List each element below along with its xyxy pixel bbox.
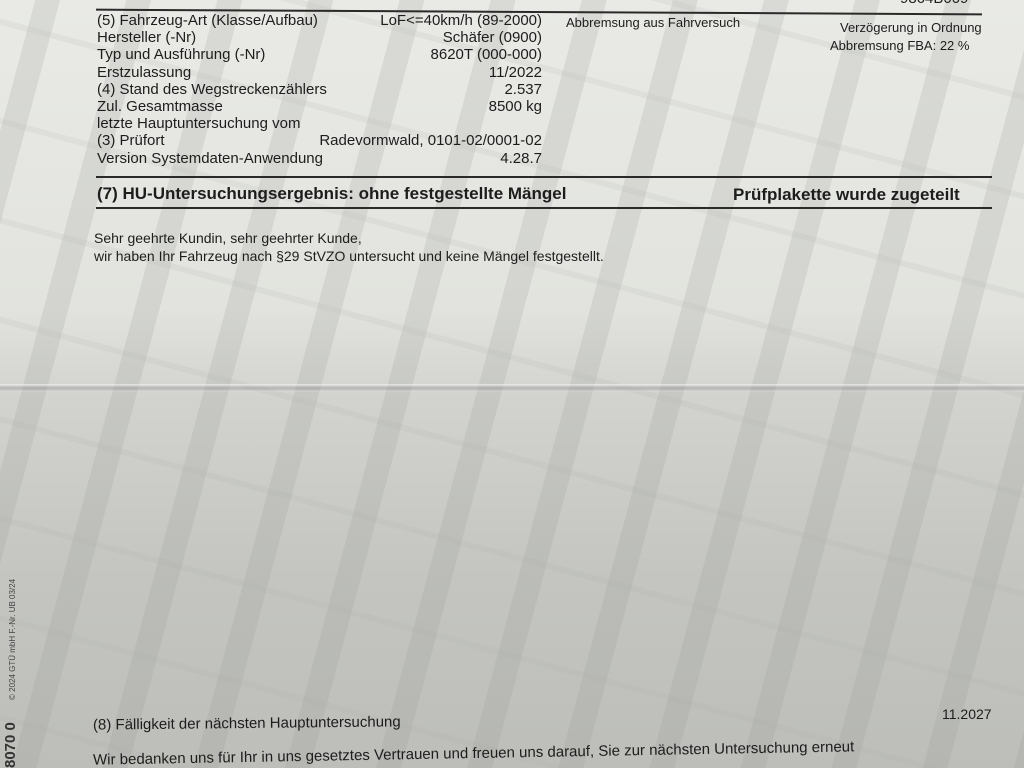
vehicle-field-value: Radevormwald, 0101-02/0001-02 <box>319 132 542 149</box>
result-top-rule <box>96 176 992 178</box>
result-title: (7) HU-Untersuchungsergebnis: ohne festg… <box>97 184 566 204</box>
brake-test-fba: Abbremsung FBA: 22 % <box>830 38 969 53</box>
brake-test-status: Verzögerung in Ordnung <box>840 20 982 35</box>
vehicle-field-row: Version Systemdaten-Anwendung4.28.7 <box>97 150 542 167</box>
vehicle-field-row: (5) Fahrzeug-Art (Klasse/Aufbau)LoF<=40k… <box>97 12 542 29</box>
vehicle-field-value: 11/2022 <box>489 64 542 81</box>
top-right-code: 9864B009 <box>900 0 968 7</box>
letter-salutation: Sehr geehrte Kundin, sehr geehrter Kunde… <box>94 229 362 247</box>
closing-line: Wir bedanken uns für Ihr in uns gesetzte… <box>93 738 854 768</box>
vehicle-field-value: Schäfer (0900) <box>443 29 542 46</box>
vehicle-field-label: (3) Prüfort <box>97 132 165 149</box>
paper-fold <box>0 384 1024 392</box>
vehicle-field-row: (3) PrüfortRadevormwald, 0101-02/0001-02 <box>97 132 542 149</box>
vehicle-field-value: 8500 kg <box>489 98 542 115</box>
brake-test-label: Abbremsung aus Fahrversuch <box>566 15 740 30</box>
vehicle-field-label: (5) Fahrzeug-Art (Klasse/Aufbau) <box>97 12 318 29</box>
vehicle-field-row: (4) Stand des Wegstreckenzählers2.537 <box>97 81 542 98</box>
next-inspection-date: 11.2027 <box>942 706 992 722</box>
vehicle-field-row: Erstzulassung11/2022 <box>97 64 542 81</box>
vehicle-field-row: Zul. Gesamtmasse8500 kg <box>97 98 542 115</box>
vehicle-field-row: Typ und Ausführung (-Nr)8620T (000-000) <box>97 46 542 63</box>
vehicle-field-value: 2.537 <box>504 81 542 98</box>
side-copyright: © 2024 GTÜ mbH F.-Nr. UB 03/24 <box>8 579 17 700</box>
next-inspection-label: (8) Fälligkeit der nächsten Hauptuntersu… <box>93 713 401 733</box>
vehicle-field-label: Erstzulassung <box>97 64 191 81</box>
result-badge: Prüfplakette wurde zugeteilt <box>733 185 960 205</box>
vehicle-field-value: 4.28.7 <box>500 150 542 167</box>
vehicle-field-row: letzte Hauptuntersuchung vom <box>97 115 542 132</box>
vehicle-field-label: Version Systemdaten-Anwendung <box>97 150 323 167</box>
vehicle-field-value: LoF<=40km/h (89-2000) <box>380 12 542 29</box>
vehicle-field-label: (4) Stand des Wegstreckenzählers <box>97 81 327 98</box>
vehicle-field-row: Hersteller (-Nr)Schäfer (0900) <box>97 29 542 46</box>
vehicle-field-label: letzte Hauptuntersuchung vom <box>97 115 300 132</box>
side-number: 8070 0 <box>2 722 19 768</box>
vehicle-field-label: Typ und Ausführung (-Nr) <box>97 46 265 63</box>
result-bottom-rule <box>96 207 992 209</box>
letter-body: wir haben Ihr Fahrzeug nach §29 StVZO un… <box>94 247 604 265</box>
vehicle-field-label: Zul. Gesamtmasse <box>97 98 223 115</box>
vehicle-field-label: Hersteller (-Nr) <box>97 29 196 46</box>
vehicle-field-value: 8620T (000-000) <box>431 46 542 63</box>
